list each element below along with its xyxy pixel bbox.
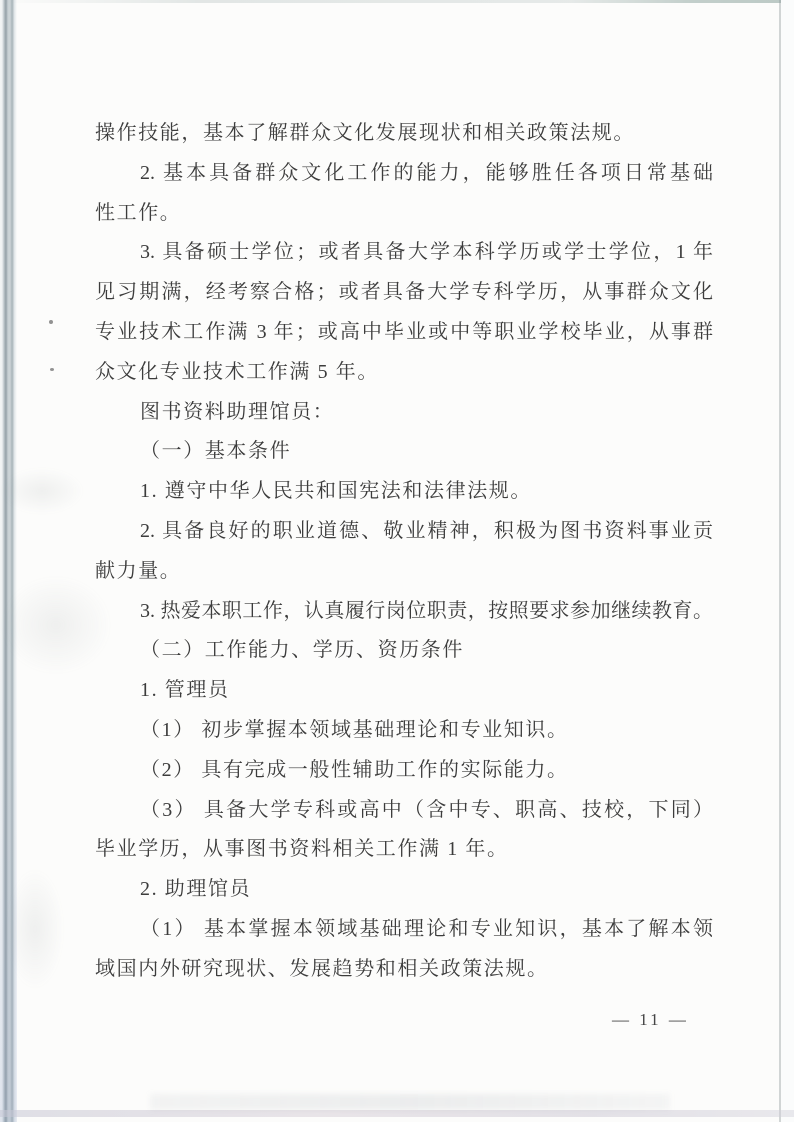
text-line: 2. 助理馆员	[95, 870, 713, 910]
text-line: 操作技能，基本了解群众文化发展现状和相关政策法规。	[95, 114, 713, 154]
bleed-smudge	[6, 868, 64, 990]
scan-top-edge-line	[0, 0, 794, 3]
text-line: 毕业学历，从事图书资料相关工作满 1 年。	[95, 830, 713, 870]
bleed-smudge	[150, 1094, 670, 1110]
text-line: 域国内外研究现状、发展趋势和相关政策法规。	[95, 950, 713, 990]
text-line: （二）工作能力、学历、资历条件	[95, 631, 713, 671]
text-line: 1. 遵守中华人民共和国宪法和法律法规。	[95, 472, 713, 512]
text-line: 图书资料助理馆员：	[95, 393, 713, 433]
text-line: 性工作。	[95, 194, 713, 234]
text-line: （1） 初步掌握本领域基础理论和专业知识。	[95, 711, 713, 751]
text-line: 献力量。	[95, 552, 713, 592]
document-body-text: 操作技能，基本了解群众文化发展现状和相关政策法规。 2. 基本具备群众文化工作的…	[95, 114, 713, 990]
scanned-document-page: 操作技能，基本了解群众文化发展现状和相关政策法规。 2. 基本具备群众文化工作的…	[0, 0, 794, 1122]
text-line: 众文化专业技术工作满 5 年。	[95, 353, 713, 393]
text-line: （一）基本条件	[95, 432, 713, 472]
ink-speck	[50, 368, 54, 371]
text-line: 专业技术工作满 3 年；或高中毕业或中等职业学校毕业，从事群	[95, 313, 713, 353]
scan-right-margin	[781, 0, 794, 1122]
text-line: 1. 管理员	[95, 671, 713, 711]
text-line: （3） 具备大学专科或高中（含中专、职高、技校，下同）	[95, 791, 713, 831]
text-line: 3. 具备硕士学位；或者具备大学本科学历或学士学位，1 年	[95, 233, 713, 273]
text-line: 见习期满，经考察合格；或者具备大学专科学历，从事群众文化	[95, 273, 713, 313]
text-line: 2. 具备良好的职业道德、敬业精神，积极为图书资料事业贡	[95, 512, 713, 552]
scan-bottom-edge-band	[0, 1110, 794, 1117]
text-line: 2. 基本具备群众文化工作的能力，能够胜任各项日常基础	[95, 154, 713, 194]
text-line: （1） 基本掌握本领域基础理论和专业知识，基本了解本领	[95, 910, 713, 950]
text-line: 3. 热爱本职工作，认真履行岗位职责，按照要求参加继续教育。	[95, 592, 713, 632]
page-number: — 11 —	[612, 1010, 689, 1030]
bleed-smudge	[0, 468, 84, 514]
text-line: （2） 具有完成一般性辅助工作的实际能力。	[95, 751, 713, 791]
ink-speck	[49, 320, 53, 324]
